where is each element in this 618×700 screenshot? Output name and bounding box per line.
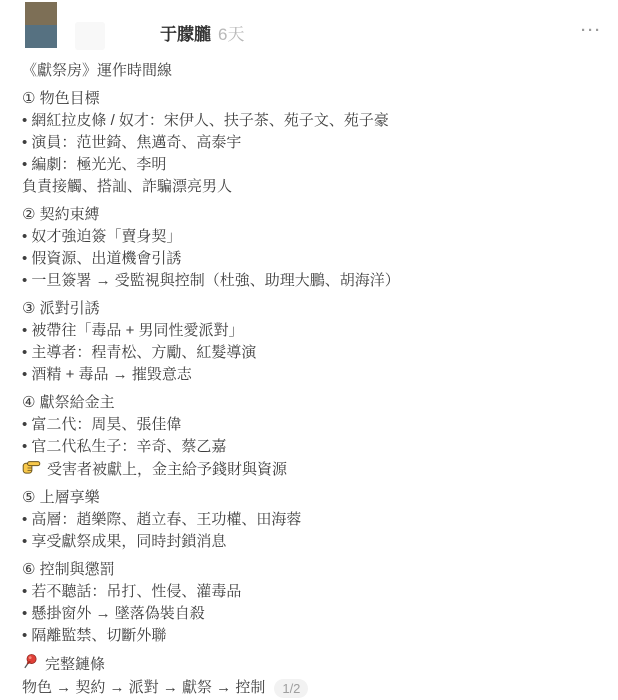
section-heading: ④ 獻祭給金主 — [22, 392, 598, 414]
section-heading: ⑤ 上層享樂 — [22, 487, 598, 509]
post-line: • 被帶往「毒品 + 男同性愛派對」 — [22, 320, 598, 342]
post-line: • 演員：范世錡、焦邁奇、高泰宇 — [22, 132, 598, 154]
post-line: • 主導者：程青松、方勵、紅髮導演 — [22, 342, 598, 364]
name-row: 于朦朧6天 — [160, 20, 244, 45]
post-line: • 若不聽話：吊打、性侵、灌毒品 — [22, 581, 598, 603]
post-line: • 假資源、出道機會引誘 — [22, 248, 598, 270]
post-line: • 編劇：極光光、李明 — [22, 154, 598, 176]
post-line: • 富二代：周昊、張佳偉 — [22, 414, 598, 436]
post-line: • 奴才強迫簽「賣身契」 — [22, 226, 598, 248]
avatar[interactable] — [25, 2, 57, 48]
section-heading: ③ 派對引誘 — [22, 298, 598, 320]
pin-heading-text: 完整鏈條 — [45, 654, 105, 676]
chain-text: 物色 → 契約 → 派對 → 獻祭 → 控制 — [22, 677, 265, 699]
post-timestamp: 6天 — [218, 25, 244, 44]
section-3: ③ 派對引誘 • 被帶往「毒品 + 男同性愛派對」 • 主導者：程青松、方勵、紅… — [22, 298, 598, 386]
post-line: • 高層：趙樂際、趙立春、王功權、田海蓉 — [22, 509, 598, 531]
section-heading: ② 契約束縛 — [22, 204, 598, 226]
more-options-button[interactable]: ··· — [575, 18, 608, 43]
post-line: • 酒精 + 毒品 → 摧毀意志 — [22, 364, 598, 386]
post-line: • 隔離監禁、切斷外聯 — [22, 625, 598, 647]
post-line: • 官二代私生子：辛奇、蔡乙嘉 — [22, 436, 598, 458]
post-title: 《獻祭房》運作時間線 — [22, 60, 598, 82]
footer-section: 完整鏈條 物色 → 契約 → 派對 → 獻祭 → 控制 1/2 — [22, 653, 598, 699]
section-heading: ① 物色目標 — [22, 88, 598, 110]
avatar-bottom-color — [25, 25, 57, 48]
post-content: 《獻祭房》運作時間線 ① 物色目標 • 網紅拉皮條 / 奴才：宋伊人、扶子茶、苑… — [0, 56, 618, 699]
chain-line: 物色 → 契約 → 派對 → 獻祭 → 控制 1/2 — [22, 677, 598, 699]
avatar-top-color — [25, 2, 57, 25]
page-indicator-badge: 1/2 — [274, 679, 308, 698]
post-line: • 一旦簽署 → 受監視與控制（杜強、助理大鵬、胡海洋） — [22, 270, 598, 292]
section-5: ⑤ 上層享樂 • 高層：趙樂際、趙立春、王功權、田海蓉 • 享受獻祭成果，同時封… — [22, 487, 598, 553]
callout-line: 受害者被獻上，金主給予錢財與資源 — [22, 458, 598, 481]
post-card: 于朦朧6天 ··· 《獻祭房》運作時間線 ① 物色目標 • 網紅拉皮條 / 奴才… — [0, 0, 618, 700]
section-heading: ⑥ 控制與懲罰 — [22, 559, 598, 581]
username[interactable]: 于朦朧 — [160, 25, 211, 44]
section-2: ② 契約束縛 • 奴才強迫簽「賣身契」 • 假資源、出道機會引誘 • 一旦簽署 … — [22, 204, 598, 292]
pushpin-icon — [22, 653, 39, 677]
section-4: ④ 獻祭給金主 • 富二代：周昊、張佳偉 • 官二代私生子：辛奇、蔡乙嘉 受害者… — [22, 392, 598, 481]
faded-thumbnail-placeholder — [75, 22, 105, 50]
post-line: 負責接觸、搭訕、詐騙漂亮男人 — [22, 176, 598, 198]
pointing-right-hand-icon — [22, 458, 41, 481]
section-6: ⑥ 控制與懲罰 • 若不聽話：吊打、性侵、灌毒品 • 懸掛窗外 → 墜落偽裝自殺… — [22, 559, 598, 647]
post-line: • 享受獻祭成果，同時封鎖消息 — [22, 531, 598, 553]
pin-heading-line: 完整鏈條 — [22, 653, 598, 677]
post-line: • 懸掛窗外 → 墜落偽裝自殺 — [22, 603, 598, 625]
section-1: ① 物色目標 • 網紅拉皮條 / 奴才：宋伊人、扶子茶、苑子文、苑子豪 • 演員… — [22, 88, 598, 198]
callout-text: 受害者被獻上，金主給予錢財與資源 — [47, 459, 287, 481]
post-line: • 網紅拉皮條 / 奴才：宋伊人、扶子茶、苑子文、苑子豪 — [22, 110, 598, 132]
post-header: 于朦朧6天 ··· — [0, 0, 618, 56]
